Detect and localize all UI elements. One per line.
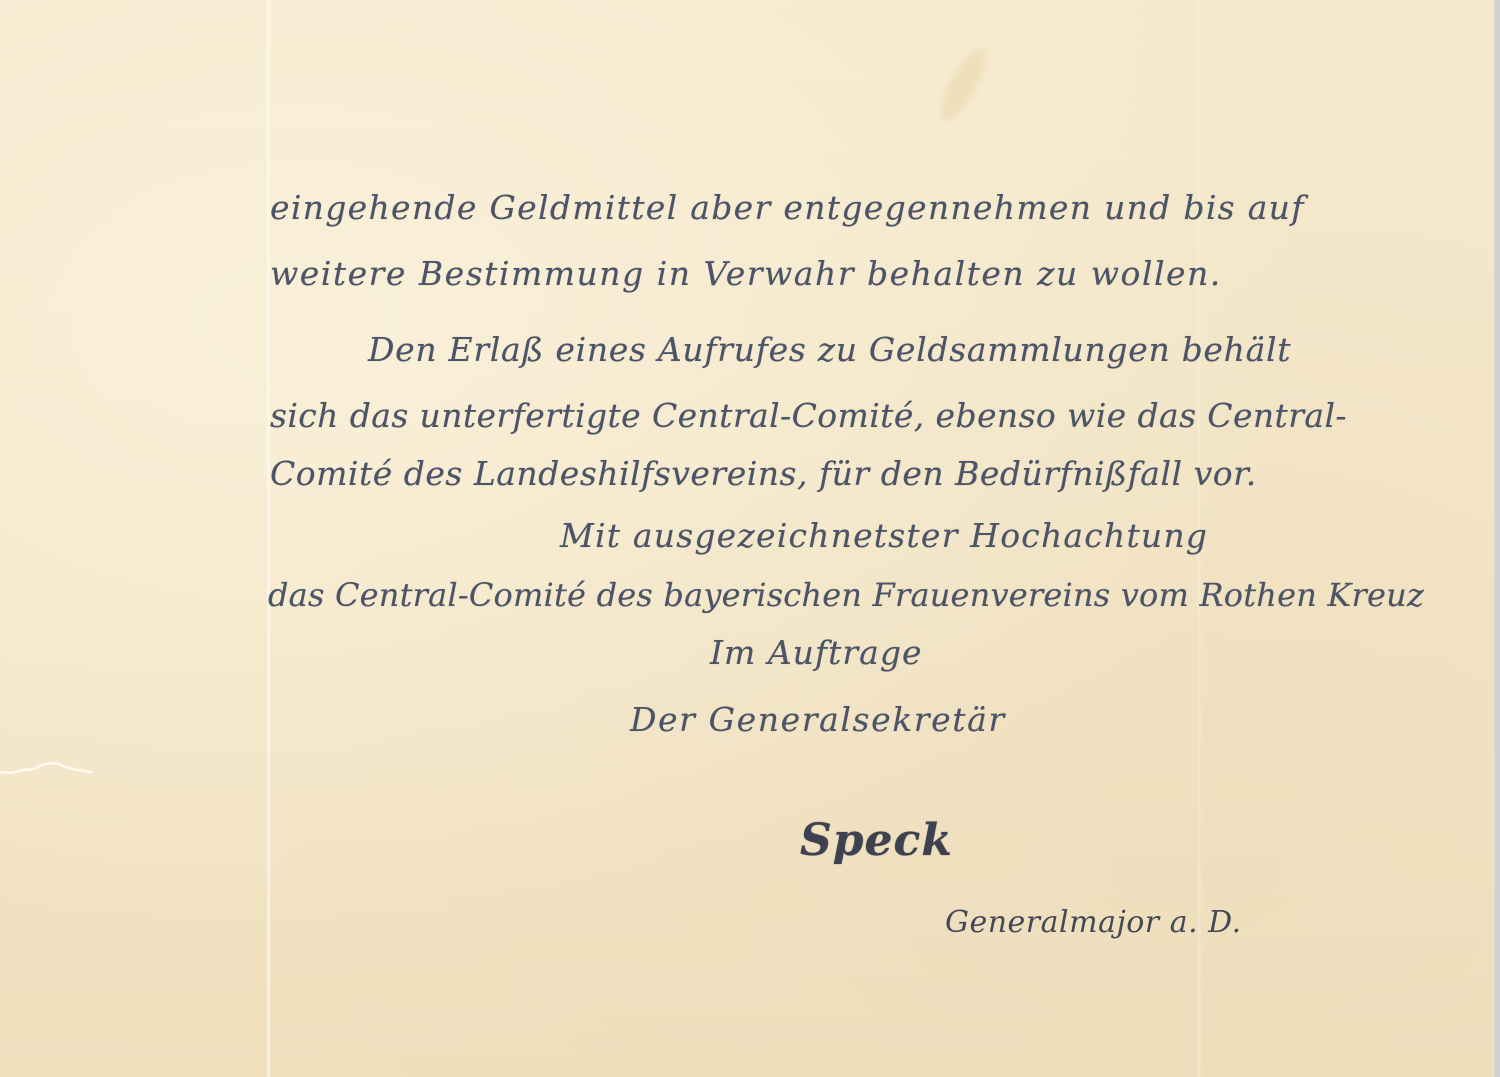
signature: Speck — [800, 815, 953, 866]
signatory-title: Generalmajor a. D. — [945, 905, 1242, 940]
closing-authority: Im Auftrage — [710, 633, 922, 672]
scanner-edge — [1494, 0, 1500, 1077]
closing-role: Der Generalsekretär — [630, 700, 1006, 739]
letter-page: eingehende Geldmittel aber entgegennehme… — [0, 0, 1494, 1077]
body-line: Comité des Landeshilfsvereins, für den B… — [270, 454, 1257, 493]
body-line: sich das unterfertigte Central-Comité, e… — [270, 396, 1347, 435]
paper-stain — [933, 44, 994, 127]
body-line: weitere Bestimmung in Verwahr behalten z… — [270, 254, 1222, 293]
fold-line — [266, 0, 271, 1077]
paper-crease — [0, 760, 100, 790]
body-line: Den Erlaß eines Aufrufes zu Geldsammlung… — [368, 330, 1291, 369]
closing-salutation: Mit ausgezeichnetster Hochachtung — [560, 516, 1208, 555]
closing-organization: das Central-Comité des bayerischen Fraue… — [268, 576, 1424, 614]
body-line: eingehende Geldmittel aber entgegennehme… — [270, 188, 1305, 227]
